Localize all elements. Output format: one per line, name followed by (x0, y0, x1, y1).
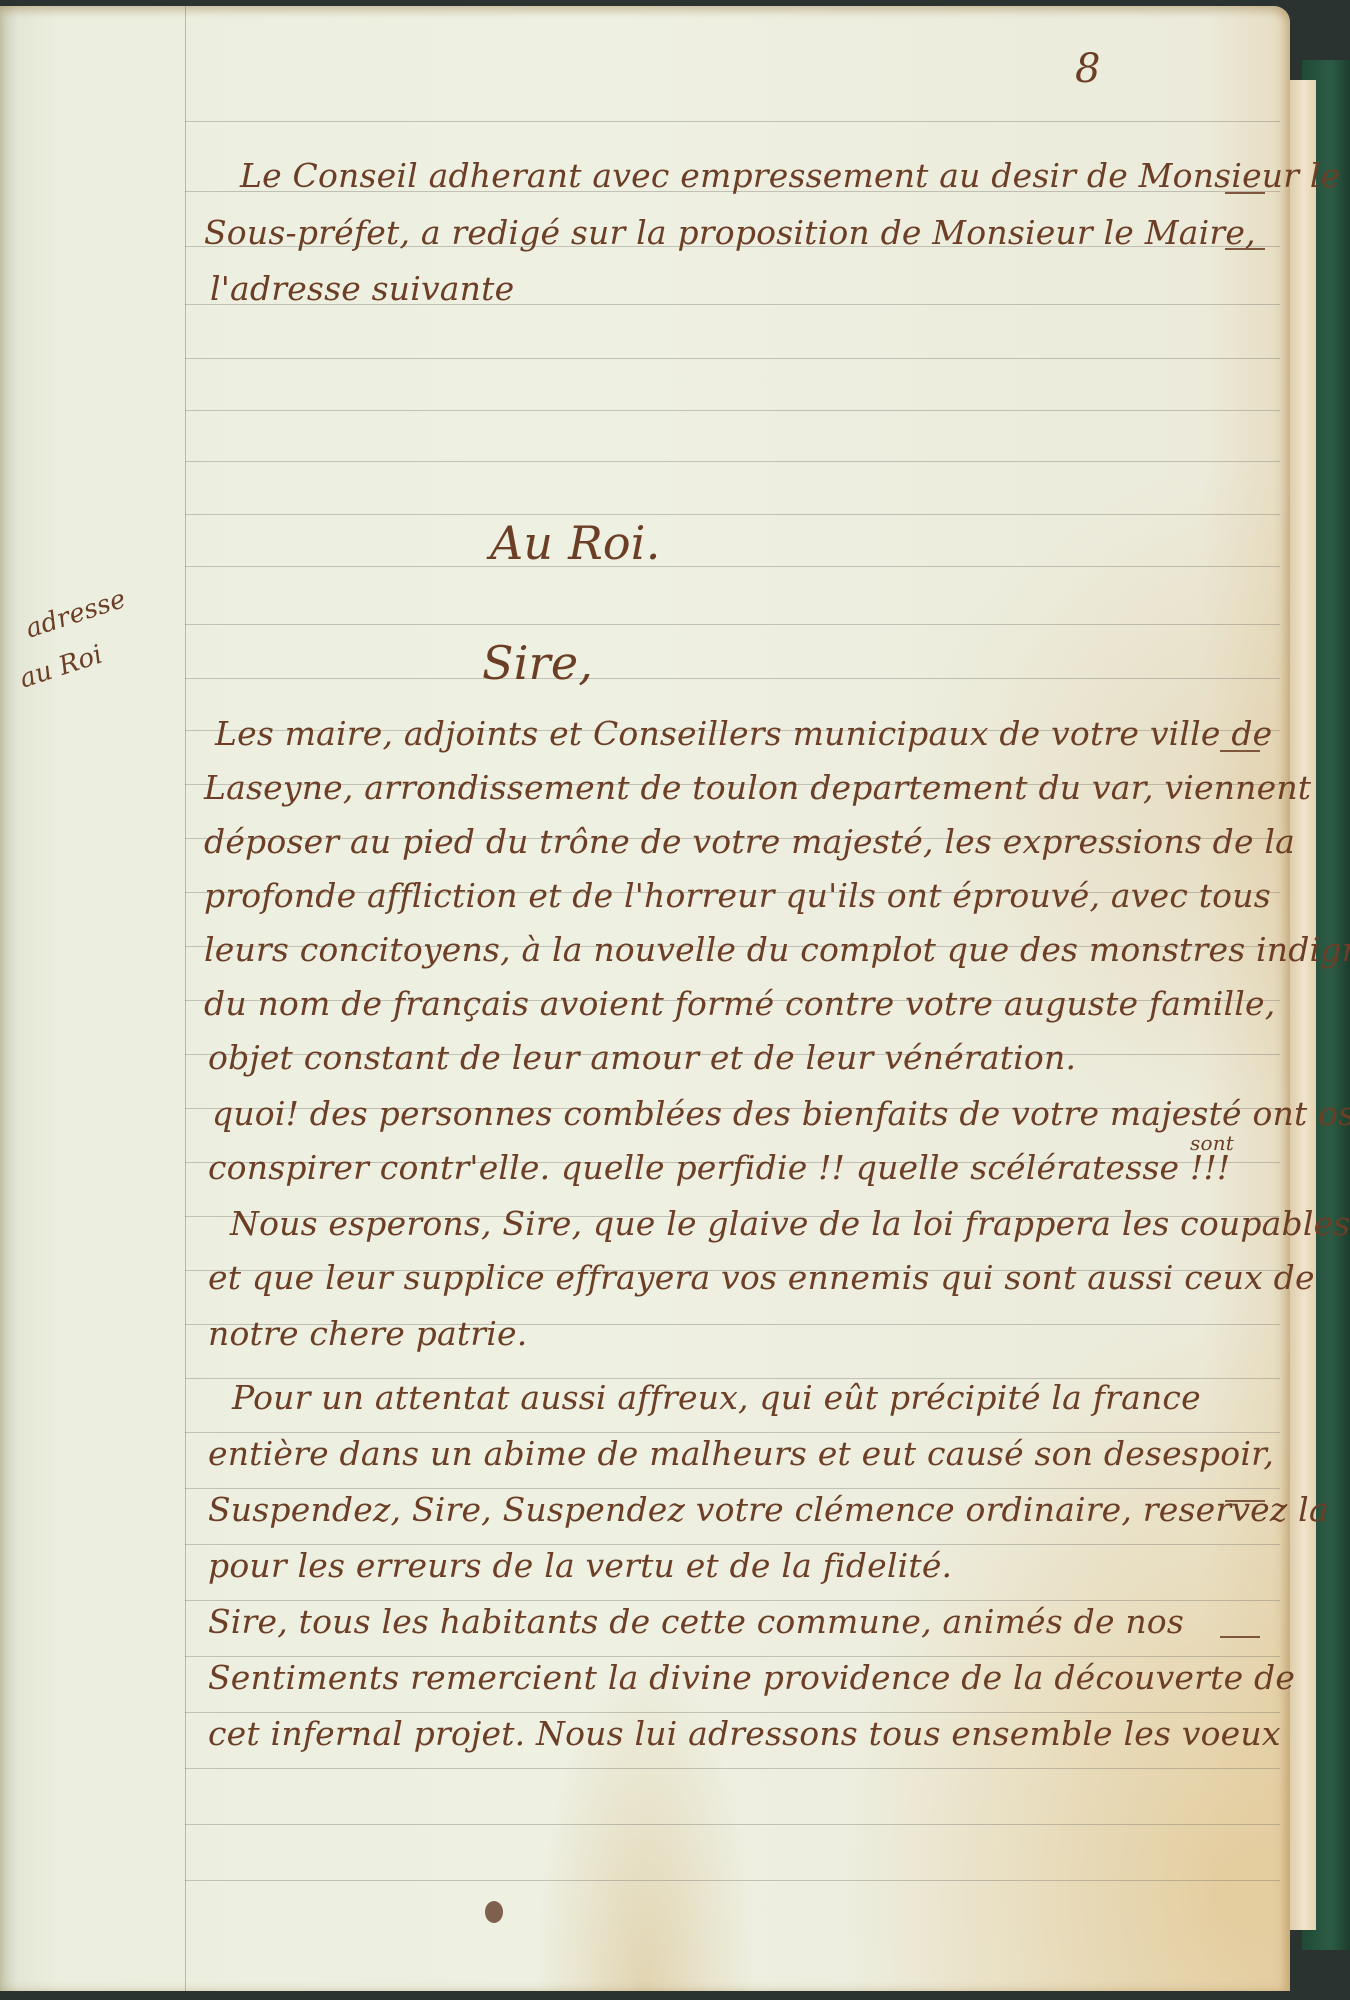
ruled-line (185, 358, 1280, 359)
manuscript-page: 8 adresse au Roi Le Conseil adherant ave… (0, 6, 1290, 1991)
body-line: entière dans un abime de malheurs et eut… (208, 1434, 1274, 1473)
ruled-line (185, 410, 1280, 411)
body-line: et que leur supplice effrayera vos ennem… (208, 1258, 1315, 1297)
body-line: objet constant de leur amour et de leur … (208, 1038, 1076, 1077)
margin-note-line2: au Roi (16, 640, 106, 695)
body-line: Les maire, adjoints et Conseillers munic… (215, 714, 1272, 753)
body-line: Laseyne, arrondissement de toulon depart… (204, 768, 1311, 807)
ruled-line (185, 1544, 1280, 1545)
address-heading: Au Roi. (490, 516, 661, 570)
body-line: Sire, tous les habitants de cette commun… (208, 1602, 1184, 1641)
salutation: Sire, (482, 636, 593, 690)
line-filler-dash (1225, 248, 1265, 250)
ruled-line (185, 1600, 1280, 1601)
body-line: profonde affliction et de l'horreur qu'i… (204, 876, 1271, 915)
ruled-line (185, 1656, 1280, 1657)
ruled-line (185, 566, 1280, 567)
body-line: Suspendez, Sire, Suspendez votre clémenc… (208, 1490, 1329, 1529)
ruled-line (185, 1488, 1280, 1489)
intro-line: l'adresse suivante (210, 269, 514, 308)
body-line: déposer au pied du trône de votre majest… (204, 822, 1295, 861)
line-filler-dash (1220, 750, 1260, 752)
ruled-line (185, 1768, 1280, 1769)
body-line: pour les erreurs de la vertu et de la fi… (208, 1546, 952, 1585)
ruled-line (185, 678, 1280, 679)
body-line: Nous esperons, Sire, que le glaive de la… (230, 1204, 1350, 1243)
ruled-line (185, 1432, 1280, 1433)
ruled-line (185, 461, 1280, 462)
body-line: quoi! des personnes comblées des bienfai… (212, 1094, 1350, 1133)
body-line: Sentiments remercient la divine providen… (208, 1658, 1295, 1697)
line-filler-dash (1225, 192, 1265, 194)
line-filler-dash (1220, 1636, 1260, 1638)
body-line: Pour un attentat aussi affreux, qui eût … (232, 1378, 1201, 1417)
ruled-line (185, 1880, 1280, 1881)
intro-line: Sous-préfet, a redigé sur la proposition… (204, 213, 1256, 252)
body-line: cet infernal projet. Nous lui adressons … (208, 1714, 1281, 1753)
margin-note-line1: adresse (22, 584, 130, 644)
page-number: 8 (1075, 46, 1101, 92)
ink-blot (485, 1901, 503, 1923)
body-line: conspirer contr'elle. quelle perfidie !!… (208, 1148, 1230, 1187)
ruled-line (185, 624, 1280, 625)
intro-line: Le Conseil adherant avec empressement au… (240, 156, 1340, 195)
body-line: leurs concitoyens, à la nouvelle du comp… (204, 930, 1350, 969)
body-line: notre chere patrie. (208, 1314, 527, 1353)
ruled-line (185, 121, 1280, 122)
ruled-line (185, 514, 1280, 515)
ruled-line (185, 1712, 1280, 1713)
ruled-line (185, 1824, 1280, 1825)
body-line: du nom de français avoient formé contre … (204, 984, 1275, 1023)
